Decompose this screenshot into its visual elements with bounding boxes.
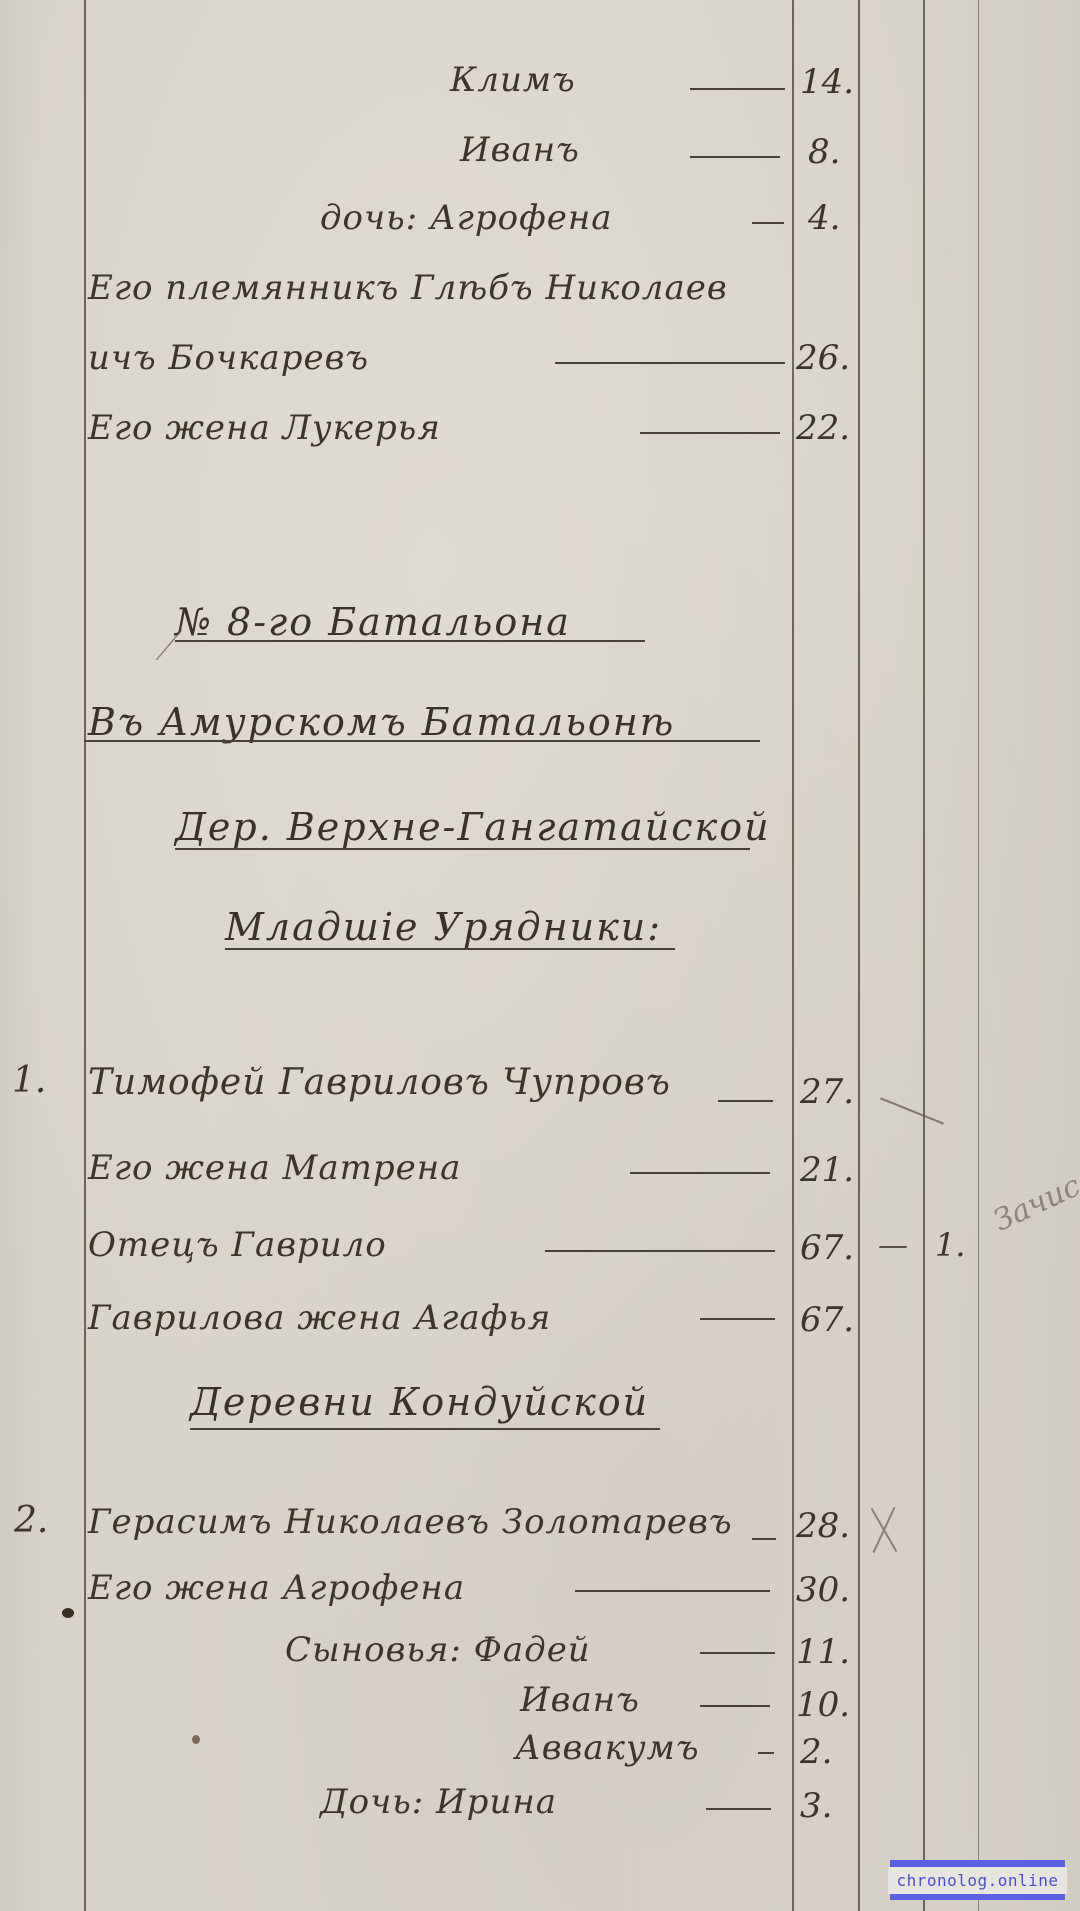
column-4-rule [923, 0, 925, 1911]
member-age: 27. [800, 1072, 854, 1112]
member-age: 28. [796, 1506, 850, 1546]
member-label: Аввакумъ [515, 1728, 699, 1768]
amur-battalion-heading: Въ Амурскомъ Батальонѣ [88, 700, 675, 744]
entry-age: 8. [808, 132, 840, 172]
column-3-rule [858, 0, 860, 1911]
age-column-rule [792, 0, 794, 1911]
battalion-heading: № 8-го Батальона [175, 600, 571, 644]
member-age: 3. [800, 1786, 832, 1826]
entry-label: Иванъ [460, 130, 580, 170]
member-label: Иванъ [520, 1680, 640, 1720]
household-1-number: 1. [12, 1060, 46, 1101]
village-2-heading: Деревни Кондуйской [190, 1380, 649, 1424]
left-margin-rule [84, 0, 86, 1911]
member-label: Сыновья: Фадей [285, 1630, 591, 1670]
village-2-underline [190, 1428, 660, 1430]
member-label: Герасимъ Николаевъ Золотаревъ [88, 1502, 733, 1542]
ink-blot [192, 1735, 200, 1744]
village-1-underline [175, 848, 750, 850]
entry-age: 22. [796, 408, 850, 448]
member-label: Гаврилова жена Агафья [88, 1298, 551, 1338]
entry-label-line1: Его племянникъ Глѣбъ Николаев [88, 268, 728, 308]
entry-label: Климъ [450, 60, 576, 100]
pen-scribble-mark [155, 630, 222, 660]
member-label: Дочь: Ирина [320, 1782, 557, 1822]
member-age: 67. [800, 1300, 854, 1340]
entry-label: дочь: Агрофена [320, 198, 613, 238]
entry-age: 26. [796, 338, 850, 378]
entry-age: 14. [800, 62, 854, 102]
entry-label-line2: ичъ Бочкаревъ [88, 338, 369, 378]
member-label: Тимофей Гавриловъ Чупровъ [88, 1062, 671, 1103]
ink-blot [62, 1608, 74, 1618]
member-label: Его жена Агрофена [88, 1568, 465, 1608]
category-underline [225, 948, 675, 950]
column-4-value: 1. [935, 1226, 966, 1264]
member-label: Отецъ Гаврило [88, 1225, 387, 1265]
diagonal-check-mark [880, 1097, 944, 1124]
entry-age: 4. [808, 198, 840, 238]
column-3-mark: — [878, 1228, 908, 1263]
cross-mark [865, 1505, 905, 1555]
site-watermark: chronolog.online [890, 1860, 1065, 1900]
amur-battalion-underline [84, 740, 760, 742]
battalion-heading-underline [175, 640, 645, 642]
member-age: 10. [796, 1685, 850, 1725]
category-heading: Младшіе Урядники: [225, 905, 662, 949]
column-5-rule [978, 0, 979, 1911]
member-age: 21. [800, 1150, 854, 1190]
member-label: Его жена Матрена [88, 1148, 461, 1188]
household-2-number: 2. [14, 1500, 48, 1541]
pencil-margin-note: Зачисл. [988, 1156, 1080, 1238]
member-age: 67. [800, 1228, 854, 1268]
member-age: 11. [796, 1632, 850, 1672]
member-age: 30. [796, 1570, 850, 1610]
entry-label: Его жена Лукерья [88, 408, 441, 448]
watermark-text: chronolog.online [888, 1867, 1066, 1894]
village-1-heading: Дер. Верхне-Гангатайской [175, 805, 771, 849]
member-age: 2. [800, 1732, 832, 1772]
